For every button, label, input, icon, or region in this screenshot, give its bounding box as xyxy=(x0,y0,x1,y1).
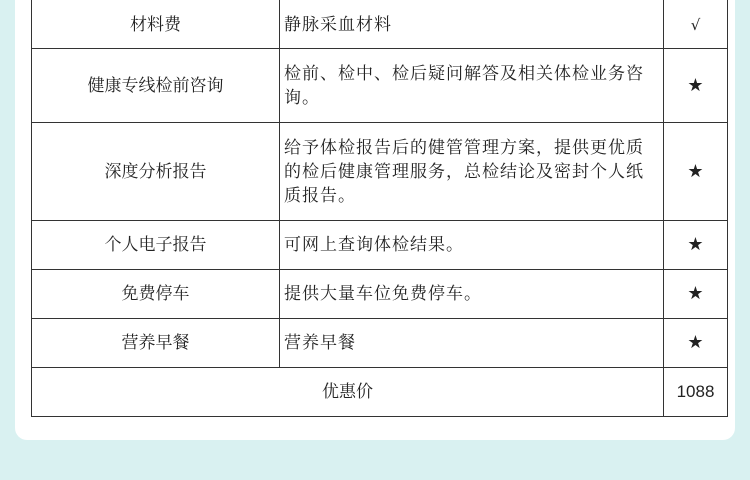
item-name: 材料费 xyxy=(32,0,280,49)
item-name: 营养早餐 xyxy=(32,319,280,368)
table-row: 免费停车 提供大量车位免费停车。 ★ xyxy=(32,270,728,319)
table-row: 个人电子报告 可网上查询体检结果。 ★ xyxy=(32,221,728,270)
item-description: 静脉采血材料 xyxy=(280,0,664,49)
item-name: 免费停车 xyxy=(32,270,280,319)
item-name: 深度分析报告 xyxy=(32,123,280,221)
star-icon: ★ xyxy=(664,49,728,123)
table-row: 材料费 静脉采血材料 √ xyxy=(32,0,728,49)
star-icon: ★ xyxy=(664,270,728,319)
item-description: 提供大量车位免费停车。 xyxy=(280,270,664,319)
item-description: 检前、检中、检后疑问解答及相关体检业务咨询。 xyxy=(280,49,664,123)
item-name: 健康专线检前咨询 xyxy=(32,49,280,123)
star-icon: ★ xyxy=(664,123,728,221)
discount-price-value: 1088 xyxy=(664,368,728,417)
star-icon: ★ xyxy=(664,221,728,270)
star-icon: ★ xyxy=(664,319,728,368)
item-description: 营养早餐 xyxy=(280,319,664,368)
package-items-table: 材料费 静脉采血材料 √ 健康专线检前咨询 检前、检中、检后疑问解答及相关体检业… xyxy=(31,0,728,417)
item-description: 给予体检报告后的健管管理方案，提供更优质的检后健康管理服务，总检结论及密封个人纸… xyxy=(280,123,664,221)
table-row: 深度分析报告 给予体检报告后的健管管理方案，提供更优质的检后健康管理服务，总检结… xyxy=(32,123,728,221)
item-name: 个人电子报告 xyxy=(32,221,280,270)
check-icon: √ xyxy=(664,0,728,49)
total-row: 优惠价 1088 xyxy=(32,368,728,417)
discount-price-label: 优惠价 xyxy=(32,368,664,417)
item-description: 可网上查询体检结果。 xyxy=(280,221,664,270)
table-row: 健康专线检前咨询 检前、检中、检后疑问解答及相关体检业务咨询。 ★ xyxy=(32,49,728,123)
table-row: 营养早餐 营养早餐 ★ xyxy=(32,319,728,368)
